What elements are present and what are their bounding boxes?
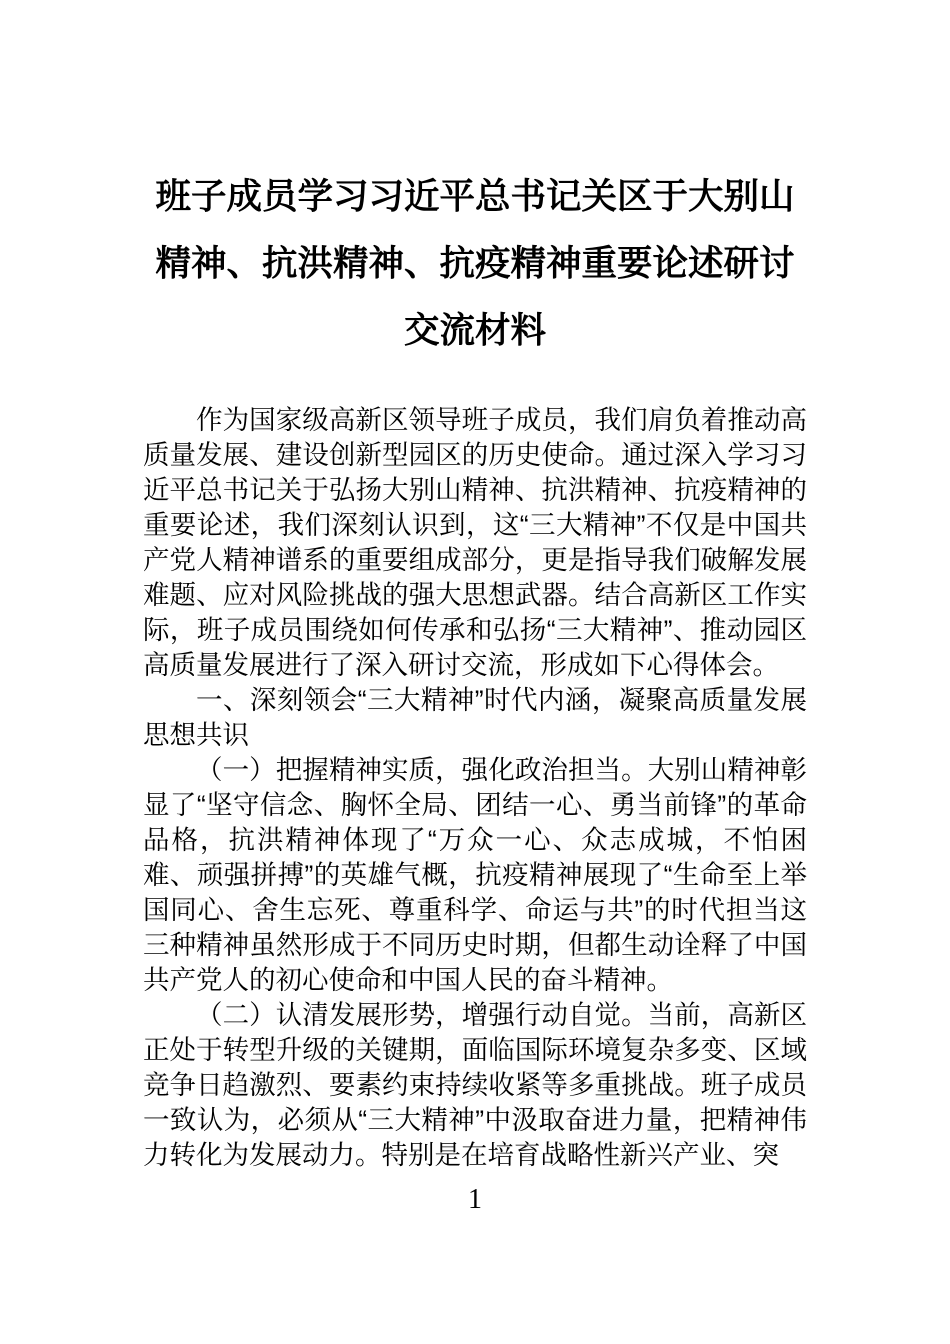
document-page: 班子成员学习习近平总书记关区于大别山 精神、抗洪精神、抗疫精神重要论述研讨 交流… (0, 0, 950, 1344)
document-body: 作为国家级高新区领导班子成员，我们肩负着推动高质量发展、建设创新型园区的历史使命… (143, 403, 807, 1173)
paragraph-intro: 作为国家级高新区领导班子成员，我们肩负着推动高质量发展、建设创新型园区的历史使命… (143, 403, 807, 683)
section-heading-1: 一、深刻领会“三大精神”时代内涵，凝聚高质量发展思想共识 (143, 683, 807, 753)
title-line-3: 交流材料 (143, 297, 807, 364)
document-title: 班子成员学习习近平总书记关区于大别山 精神、抗洪精神、抗疫精神重要论述研讨 交流… (143, 163, 807, 364)
paragraph-point-2: （二）认清发展形势，增强行动自觉。当前，高新区正处于转型升级的关键期，面临国际环… (143, 998, 807, 1173)
paragraph-point-1: （一）把握精神实质，强化政治担当。大别山精神彰显了“坚守信念、胸怀全局、团结一心… (143, 753, 807, 998)
title-line-1: 班子成员学习习近平总书记关区于大别山 (143, 163, 807, 230)
page-number: 1 (143, 1183, 807, 1217)
title-line-2: 精神、抗洪精神、抗疫精神重要论述研讨 (143, 230, 807, 297)
